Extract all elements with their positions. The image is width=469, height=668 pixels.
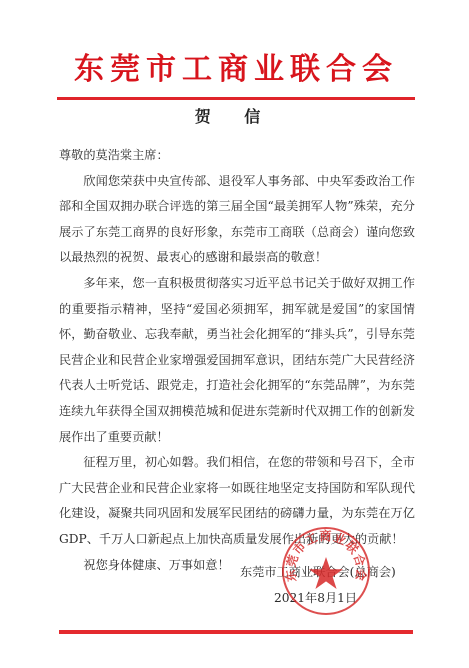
letter-body: 尊敬的莫浩棠主席： 欣闻您荣获中央宣传部、退役军人事务部、中央军委政治工作部和全… — [59, 143, 415, 578]
paragraph-3: 征程万里，初心如磐。我们相信，在您的带领和号召下，全市广大民营企业和民营企业家将… — [59, 450, 415, 552]
paragraph-1: 欣闻您荣获中央宣传部、退役军人事务部、中央军委政治工作部和全国双拥办联合评选的第… — [59, 169, 415, 271]
paragraph-2: 多年来，您一直积极贯彻落实习近平总书记关于做好双拥工作的重要指示精神，坚持“爱国… — [59, 271, 415, 450]
signature-organization: 东莞市工商业联合会(总商会) — [240, 559, 420, 585]
document-title: 贺 信 — [0, 106, 469, 128]
signature-block: 东莞市工商业联合会(总商会) 2021年8月1日 — [240, 559, 420, 611]
signature-date: 2021年8月1日 — [240, 585, 420, 611]
letterhead-organization: 东莞市工商业联合会 — [57, 50, 415, 90]
salutation: 尊敬的莫浩棠主席： — [59, 143, 415, 169]
letterhead-divider — [57, 97, 415, 100]
letter-page: 东莞市工商业联合会 贺 信 尊敬的莫浩棠主席： 欣闻您荣获中央宣传部、退役军人事… — [0, 0, 469, 668]
footer-divider — [59, 630, 413, 634]
